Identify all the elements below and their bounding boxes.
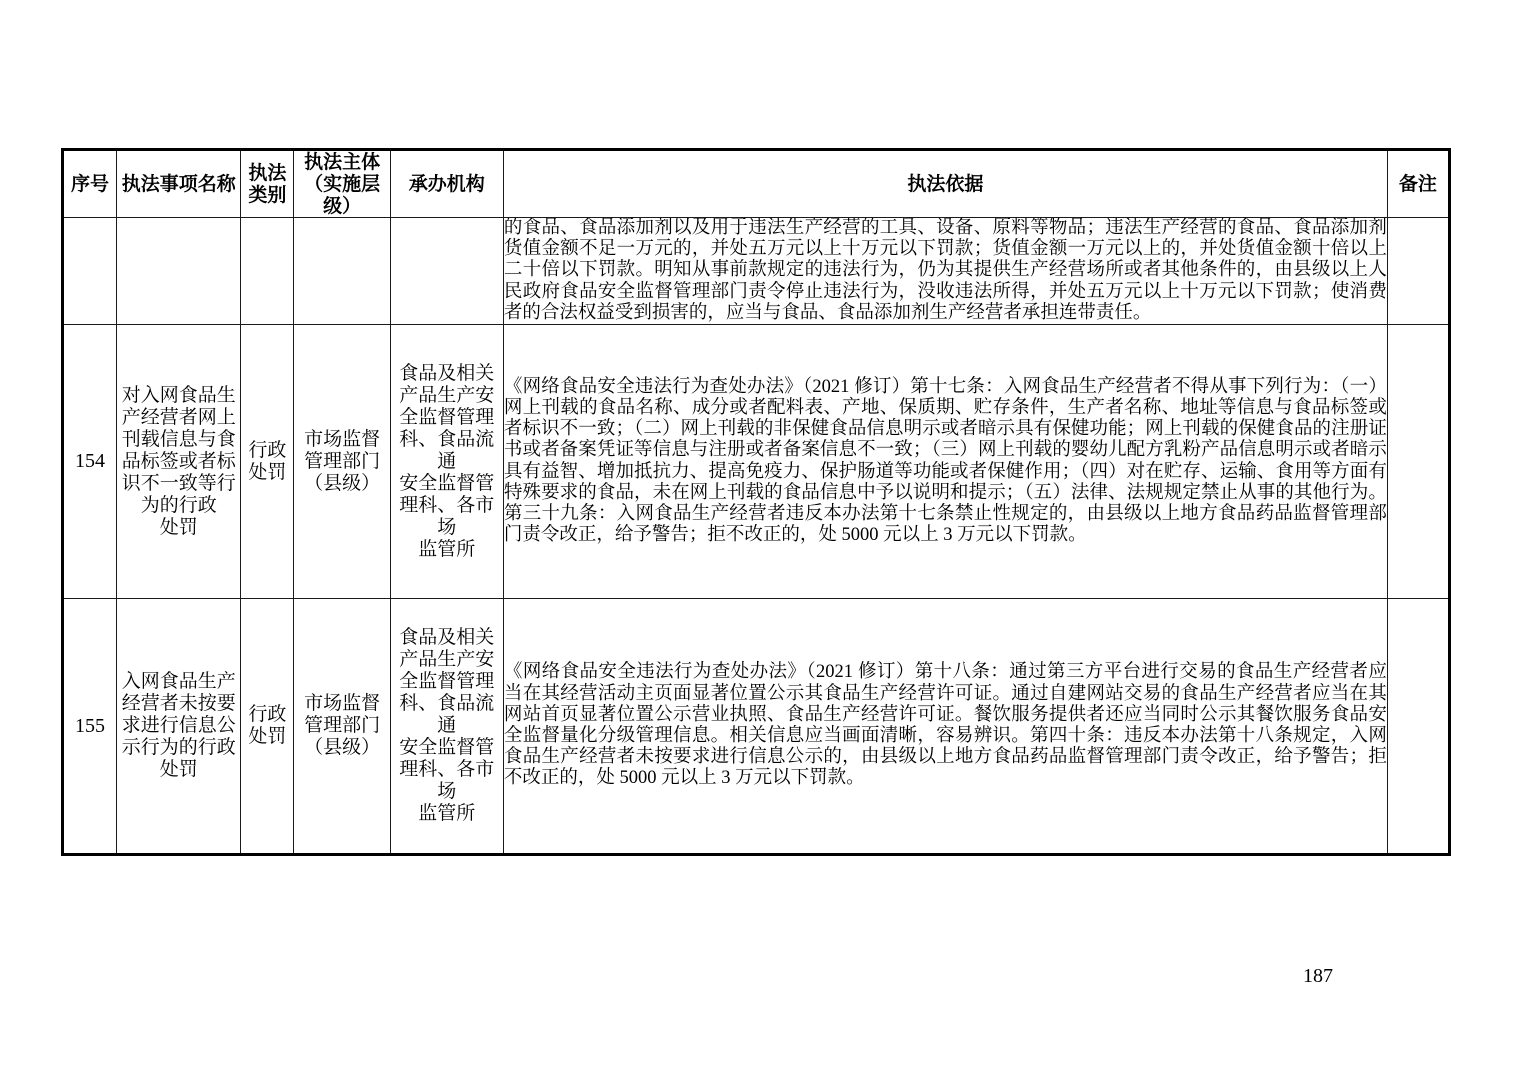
col-header-name: 执法事项名称	[117, 150, 241, 218]
cell-item-name: 入网食品生产 经营者未按要 求进行信息公 示行为的行政 处罚	[117, 599, 241, 855]
cell-seq: 154	[63, 325, 117, 599]
cell-agency: 食品及相关 产品生产安 全监督管理 科、食品流通 安全监督管 理科、各市场 监管…	[390, 325, 503, 599]
cell-subject: 市场监督 管理部门 （县级）	[294, 599, 390, 855]
cell-remark	[1387, 599, 1449, 855]
cell-legal-basis: 《网络食品安全违法行为查处办法》（2021 修订）第十八条：通过第三方平台进行交…	[503, 599, 1387, 855]
cell-subject: 市场监督 管理部门 （县级）	[294, 325, 390, 599]
cell-legal-basis: 《网络食品安全违法行为查处办法》（2021 修订）第十七条：入网食品生产经营者不…	[503, 325, 1387, 599]
document-page: 序号 执法事项名称 执法 类别 执法主体 （实施层 级） 承办机构 执法依据 备…	[0, 0, 1520, 1074]
cell-legal-basis: 的食品、食品添加剂以及用于违法生产经营的工具、设备、原料等物品；违法生产经营的食…	[503, 218, 1387, 325]
cell-category	[241, 218, 294, 325]
cell-remark	[1387, 325, 1449, 599]
cell-subject	[294, 218, 390, 325]
cell-seq: 155	[63, 599, 117, 855]
cell-agency: 食品及相关 产品生产安 全监督管理 科、食品流通 安全监督管 理科、各市场 监管…	[390, 599, 503, 855]
table-row-continuation: 的食品、食品添加剂以及用于违法生产经营的工具、设备、原料等物品；违法生产经营的食…	[63, 218, 1450, 325]
table-row-154: 154 对入网食品生 产经营者网上 刊载信息与食 品标签或者标 识不一致等行 为…	[63, 325, 1450, 599]
col-header-category: 执法 类别	[241, 150, 294, 218]
col-header-basis: 执法依据	[503, 150, 1387, 218]
cell-seq	[63, 218, 117, 325]
cell-item-name: 对入网食品生 产经营者网上 刊载信息与食 品标签或者标 识不一致等行 为的行政 …	[117, 325, 241, 599]
cell-remark	[1387, 218, 1449, 325]
cell-category: 行政 处罚	[241, 599, 294, 855]
col-header-remark: 备注	[1387, 150, 1449, 218]
cell-agency	[390, 218, 503, 325]
page-number: 187	[1303, 965, 1333, 988]
col-header-agency: 承办机构	[390, 150, 503, 218]
col-header-subject: 执法主体 （实施层 级）	[294, 150, 390, 218]
cell-item-name	[117, 218, 241, 325]
table-row-155: 155 入网食品生产 经营者未按要 求进行信息公 示行为的行政 处罚 行政 处罚…	[63, 599, 1450, 855]
table-header-row: 序号 执法事项名称 执法 类别 执法主体 （实施层 级） 承办机构 执法依据 备…	[63, 150, 1450, 218]
enforcement-items-table: 序号 执法事项名称 执法 类别 执法主体 （实施层 级） 承办机构 执法依据 备…	[61, 148, 1451, 856]
col-header-seq: 序号	[63, 150, 117, 218]
cell-category: 行政 处罚	[241, 325, 294, 599]
